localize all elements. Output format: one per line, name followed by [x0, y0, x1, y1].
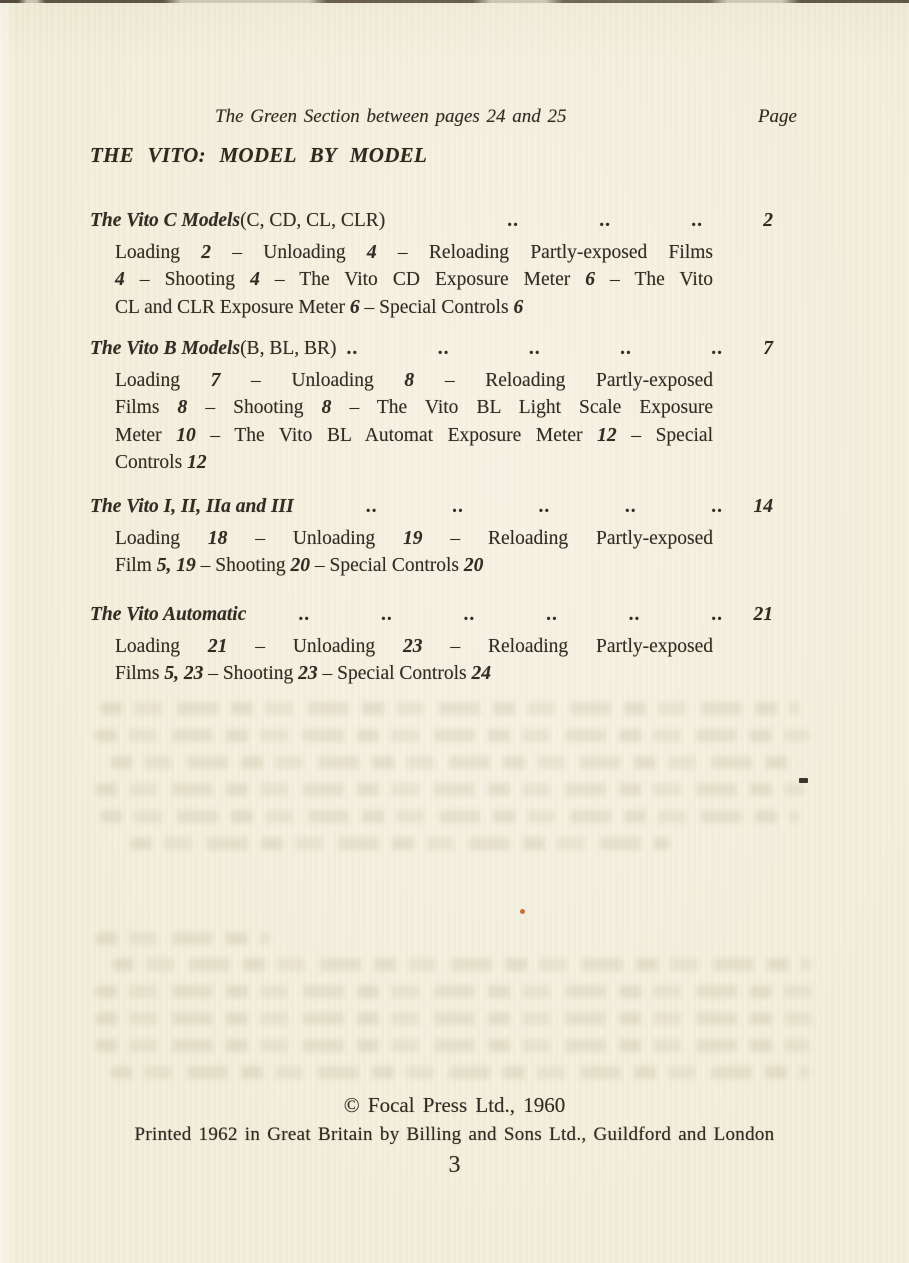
entry-title-detail: (B, BL, BR)	[240, 334, 336, 364]
bleed-through-line	[130, 837, 670, 850]
paper-speck	[520, 909, 525, 914]
description-line: Films 5, 23 – Shooting 23 – Special Cont…	[115, 660, 713, 687]
entry-title: The Vito I, II, IIa and III	[90, 492, 294, 522]
ink-mark	[799, 778, 808, 783]
bleed-through-line	[95, 1012, 815, 1025]
dot-leader: .. .. .. .. ..	[337, 334, 746, 364]
dot-leader: .. .. .. .. ..	[294, 492, 745, 522]
toc-entry-heading: The Vito B Models (B, BL, BR) .. .. .. .…	[90, 334, 773, 364]
toc-entry-heading: The Vito I, II, IIa and III .. .. .. .. …	[90, 492, 773, 522]
description-line: Loading 7 – Unloading 8 – Reloading Part…	[115, 367, 713, 394]
bleed-through-line	[95, 985, 815, 998]
scan-edge-artifact	[0, 0, 909, 3]
description-line: Loading 21 – Unloading 23 – Reloading Pa…	[115, 633, 713, 660]
entry-description: Loading 7 – Unloading 8 – Reloading Part…	[115, 367, 713, 476]
entry-title: The Vito C Models	[90, 206, 240, 236]
section-note: The Green Section between pages 24 and 2…	[215, 106, 567, 128]
page-header: The Green Section between pages 24 and 2…	[90, 106, 797, 136]
toc-entry-heading: The Vito C Models (C, CD, CL, CLR) .. ..…	[90, 206, 773, 236]
description-line: Controls 12	[115, 449, 713, 476]
toc-entry-vito-b: The Vito B Models (B, BL, BR) .. .. .. .…	[90, 334, 773, 476]
description-line: Films 8 – Shooting 8 – The Vito BL Light…	[115, 394, 713, 421]
page-column-header: Page	[758, 106, 797, 128]
entry-title: The Vito Automatic	[90, 600, 246, 630]
toc-entry-vito-i-ii-iia-iii: The Vito I, II, IIa and III .. .. .. .. …	[90, 492, 773, 580]
toc-entry-vito-c: The Vito C Models (C, CD, CL, CLR) .. ..…	[90, 206, 773, 321]
bleed-through-line	[110, 756, 800, 769]
page-number: 3	[0, 1152, 909, 1179]
bleed-through-line	[100, 810, 800, 823]
bleed-through-line	[100, 702, 800, 715]
bleed-through-line	[95, 1039, 810, 1052]
entry-page-number: 2	[745, 206, 773, 236]
imprint-line: Printed 1962 in Great Britain by Billing…	[0, 1124, 909, 1146]
entry-title: The Vito B Models	[90, 334, 240, 364]
entry-page-number: 21	[745, 600, 773, 630]
entry-description: Loading 18 – Unloading 19 – Reloading Pa…	[115, 525, 713, 580]
description-line: Meter 10 – The Vito BL Automat Exposure …	[115, 422, 713, 449]
entry-description: Loading 21 – Unloading 23 – Reloading Pa…	[115, 633, 713, 688]
description-line: 4 – Shooting 4 – The Vito CD Exposure Me…	[115, 266, 713, 293]
dot-leader: .. .. ..	[385, 206, 745, 236]
bleed-through-line	[110, 1066, 810, 1079]
page-title: THE VITO: MODEL BY MODEL	[90, 143, 427, 168]
toc-entry-heading: The Vito Automatic .. .. .. .. .. .. 21	[90, 600, 773, 630]
entry-page-number: 14	[745, 492, 773, 522]
copyright-line: © Focal Press Ltd., 1960	[0, 1093, 909, 1118]
entry-title-detail: (C, CD, CL, CLR)	[240, 206, 385, 236]
bleed-through-line	[95, 783, 805, 796]
description-line: Film 5, 19 – Shooting 20 – Special Contr…	[115, 552, 713, 579]
toc-entry-vito-automatic: The Vito Automatic .. .. .. .. .. .. 21 …	[90, 600, 773, 688]
dot-leader: .. .. .. .. .. ..	[246, 600, 745, 630]
bleed-through-line	[95, 932, 270, 945]
bleed-through-line	[95, 729, 810, 742]
description-line: Loading 2 – Unloading 4 – Reloading Part…	[115, 239, 713, 266]
bleed-through-line	[112, 958, 812, 971]
entry-page-number: 7	[745, 334, 773, 364]
book-page: The Green Section between pages 24 and 2…	[0, 0, 909, 1263]
description-line: CL and CLR Exposure Meter 6 – Special Co…	[115, 294, 713, 321]
entry-description: Loading 2 – Unloading 4 – Reloading Part…	[115, 239, 713, 321]
description-line: Loading 18 – Unloading 19 – Reloading Pa…	[115, 525, 713, 552]
